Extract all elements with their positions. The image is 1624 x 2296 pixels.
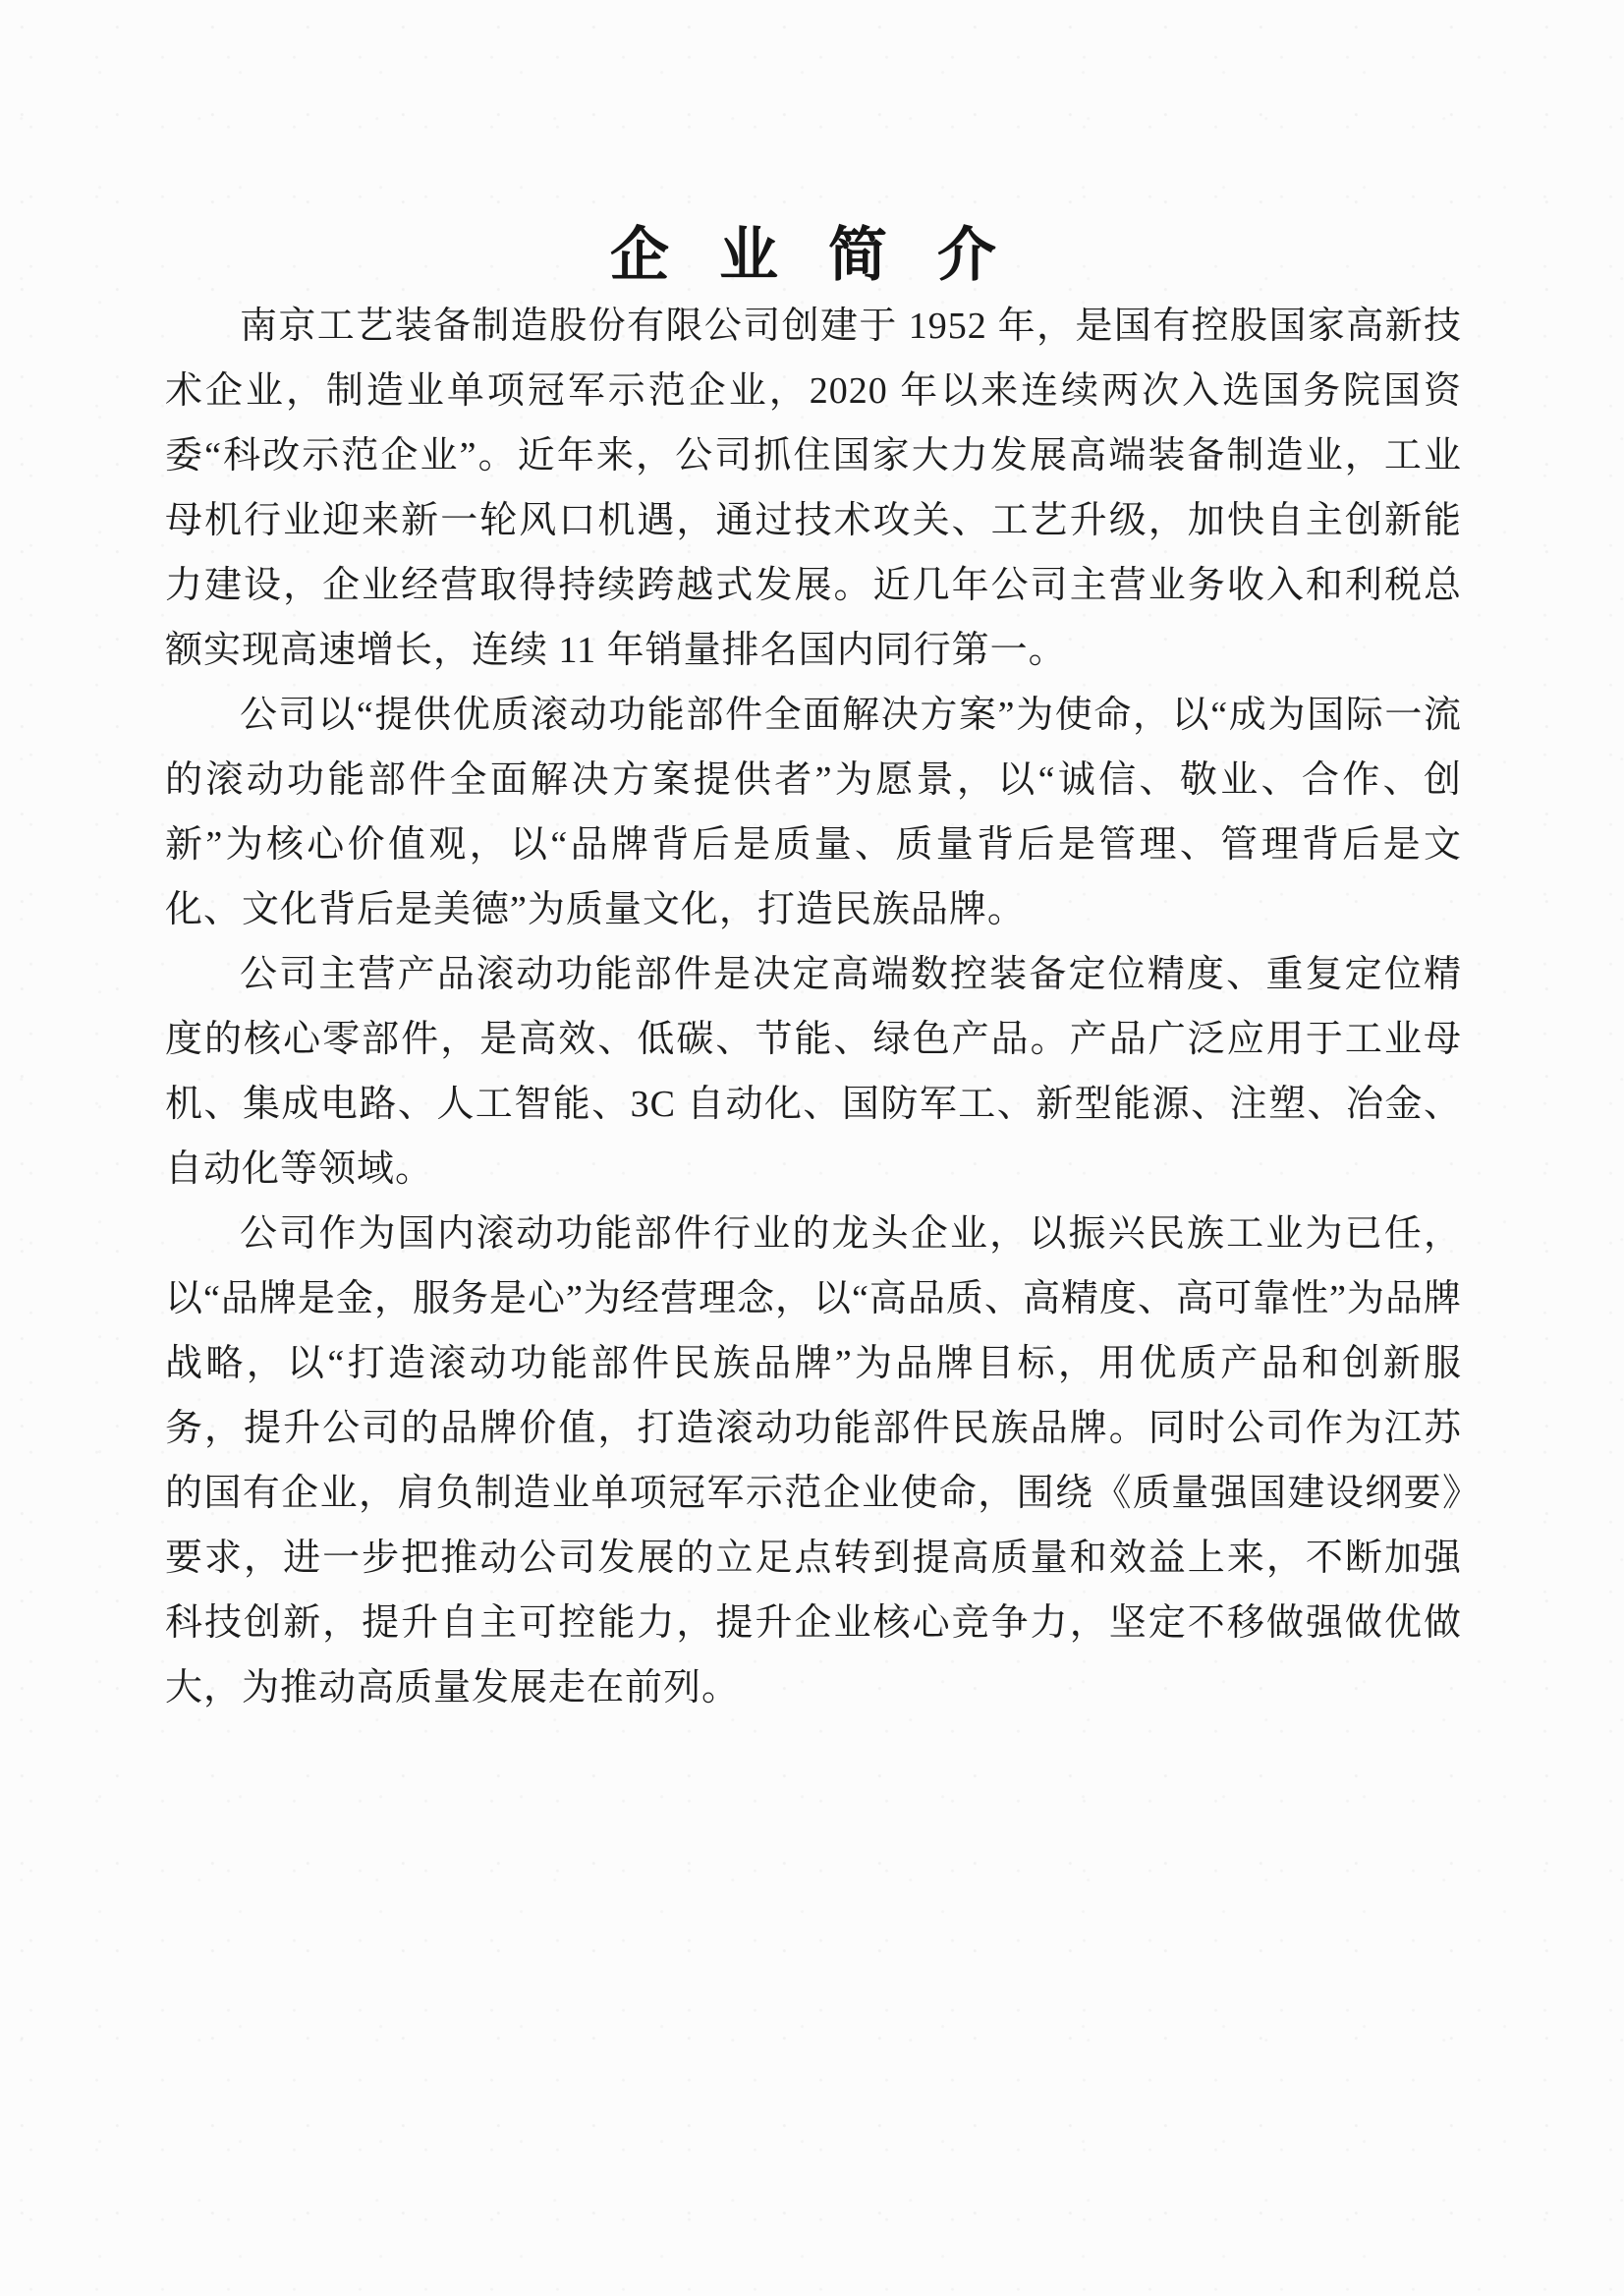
paragraph-products-applications: 公司主营产品滚动功能部件是决定高端数控装备定位精度、重复定位精度的核心零部件，是… [165,942,1462,1202]
document-body: 南京工艺装备制造股份有限公司创建于 1952 年，是国有控股国家高新技术企业，制… [165,294,1462,1720]
page-title: 企 业 简 介 [0,208,1624,293]
paragraph-brand-strategy: 公司作为国内滚动功能部件行业的龙头企业，以振兴民族工业为已任，以“品牌是金，服务… [165,1202,1462,1720]
paragraph-mission-values: 公司以“提供优质滚动功能部件全面解决方案”为使命，以“成为国际一流的滚动功能部件… [165,683,1462,942]
paragraph-company-overview: 南京工艺装备制造股份有限公司创建于 1952 年，是国有控股国家高新技术企业，制… [165,294,1462,683]
document-page: 企 业 简 介 南京工艺装备制造股份有限公司创建于 1952 年，是国有控股国家… [0,0,1624,2296]
